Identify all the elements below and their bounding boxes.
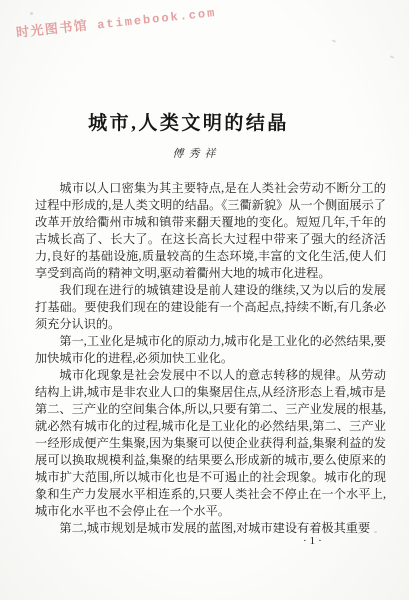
watermark: 时光图书馆atimebook.com (15, 1, 217, 41)
scan-speck (390, 55, 394, 59)
paragraph-3: 第一,工业化是城市化的原动力,城市化是工业化的必然结果,要加快城市化的进程,必须… (35, 333, 386, 367)
scan-speck (30, 12, 33, 15)
article-body: 城市以人口密集为其主要特点,是在人类社会劳动不断分工的过程中形成的,是人类文明的… (35, 180, 386, 537)
paragraph-1: 城市以人口密集为其主要特点,是在人类社会劳动不断分工的过程中形成的,是人类文明的… (35, 180, 386, 282)
paragraph-4: 城市化现象是社会发展中不以人的意志转移的规律。从劳动结构上讲,城市是非农业人口的… (35, 367, 386, 520)
paragraph-2: 我们现在进行的城镇建设是前人建设的继续,又为以后的发展打基础。要使我们现在的建设… (35, 282, 386, 333)
scanned-book-page: 时光图书馆atimebook.com 城市,人类文明的结晶 傅秀祥 城市以人口密… (0, 0, 409, 600)
scan-speck (374, 531, 377, 533)
paragraph-5: 第二,城市规划是城市发展的蓝图,对城市建设有着极其重要 (35, 520, 386, 537)
watermark-site-url: atimebook.com (97, 6, 217, 32)
page-number: ·1· (303, 535, 325, 547)
article-title: 城市,人类文明的结晶 (0, 108, 393, 135)
watermark-library-name: 时光图书馆 (15, 17, 89, 39)
article-author: 傅秀祥 (0, 145, 401, 161)
scan-speck (332, 39, 336, 43)
